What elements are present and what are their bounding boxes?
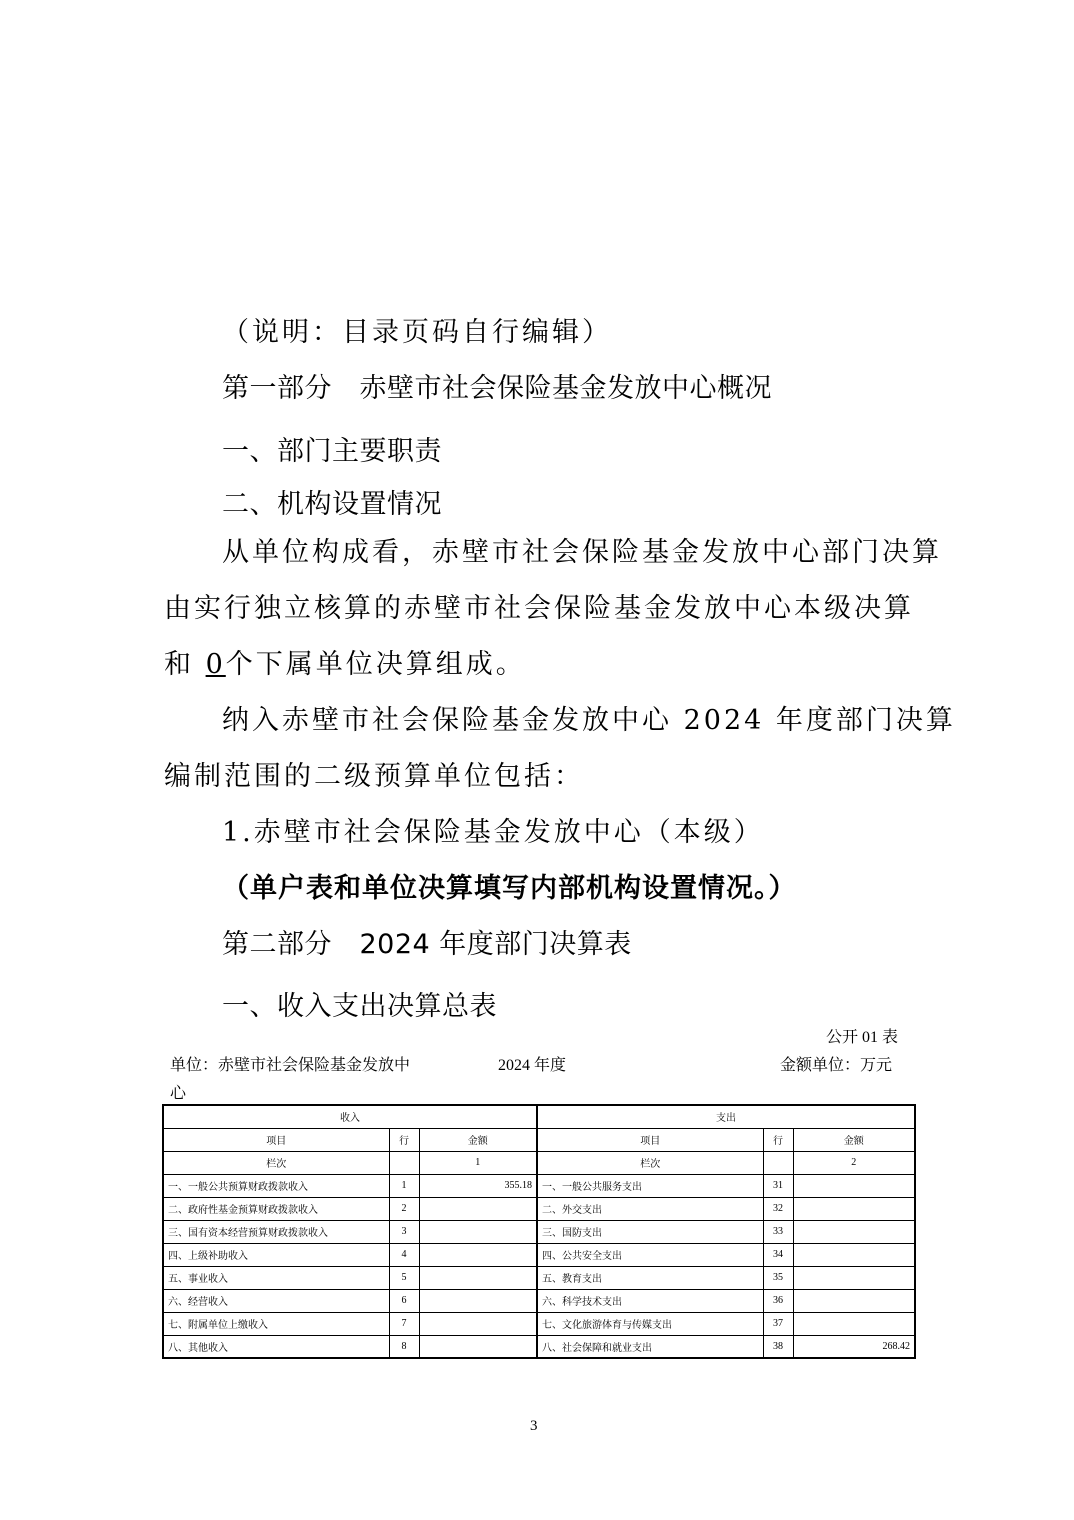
expense-amount xyxy=(793,1243,915,1266)
income-item: 四、上级补助收入 xyxy=(163,1243,389,1266)
income-row-no: 8 xyxy=(389,1335,419,1358)
expense-row-no: 31 xyxy=(763,1174,793,1197)
expense-row-no: 38 xyxy=(763,1335,793,1358)
expense-col-row: 行 xyxy=(763,1128,793,1151)
table-row: 四、上级补助收入 4 四、公共安全支出 34 xyxy=(163,1243,915,1266)
unit-label: 单位：赤壁市社会保险基金发放中 xyxy=(170,1052,410,1075)
income-row-no: 5 xyxy=(389,1266,419,1289)
expense-row-no: 32 xyxy=(763,1197,793,1220)
income-amount xyxy=(419,1197,537,1220)
expense-item: 二、外交支出 xyxy=(537,1197,763,1220)
expense-index-value: 2 xyxy=(793,1151,915,1174)
para1-line3-prefix: 和 xyxy=(164,649,194,680)
subordinate-unit-count: 0 xyxy=(206,649,226,680)
income-row-no: 2 xyxy=(389,1197,419,1220)
income-item: 三、国有资本经营预算财政拨款收入 xyxy=(163,1220,389,1243)
income-amount: 355.18 xyxy=(419,1174,537,1197)
expense-amount xyxy=(793,1289,915,1312)
table-section-title: 一、收入支出决算总表 xyxy=(222,984,497,1023)
section-responsibilities: 一、部门主要职责 xyxy=(222,429,442,468)
income-row-no: 7 xyxy=(389,1312,419,1335)
table-row: 八、其他收入 8 八、社会保障和就业支出 38 268.42 xyxy=(163,1335,915,1358)
income-index-label: 栏次 xyxy=(163,1151,389,1174)
expense-col-item: 项目 xyxy=(537,1128,763,1151)
income-col-row: 行 xyxy=(389,1128,419,1151)
form-number: 公开 01 表 xyxy=(826,1024,898,1047)
income-amount xyxy=(419,1220,537,1243)
toc-note: （说明：目录页码自行编辑） xyxy=(222,310,612,349)
table-row: 六、经营收入 6 六、科学技术支出 36 xyxy=(163,1289,915,1312)
expense-amount xyxy=(793,1312,915,1335)
unit-list-item-1: 1.赤壁市社会保险基金发放中心（本级） xyxy=(222,810,764,849)
expense-row-no: 37 xyxy=(763,1312,793,1335)
income-row-no: 3 xyxy=(389,1220,419,1243)
income-item: 五、事业收入 xyxy=(163,1266,389,1289)
income-index-row xyxy=(389,1151,419,1174)
table-row: 二、政府性基金预算财政拨款收入 2 二、外交支出 32 xyxy=(163,1197,915,1220)
expense-item: 一、一般公共服务支出 xyxy=(537,1174,763,1197)
income-row-no: 4 xyxy=(389,1243,419,1266)
expense-amount xyxy=(793,1220,915,1243)
table-group-header-row: 收入 支出 xyxy=(163,1105,915,1128)
expense-item: 六、科学技术支出 xyxy=(537,1289,763,1312)
income-item: 一、一般公共预算财政拨款收入 xyxy=(163,1174,389,1197)
income-expense-table: 收入 支出 项目 行 金额 项目 行 金额 栏次 1 栏次 2 一、一般公共预算… xyxy=(162,1104,916,1359)
income-amount xyxy=(419,1312,537,1335)
para2-line1: 纳入赤壁市社会保险基金发放中心 2024 年度部门决算 xyxy=(222,698,956,737)
expense-row-no: 35 xyxy=(763,1266,793,1289)
expense-item: 四、公共安全支出 xyxy=(537,1243,763,1266)
income-amount xyxy=(419,1335,537,1358)
expense-item: 八、社会保障和就业支出 xyxy=(537,1335,763,1358)
income-row-no: 1 xyxy=(389,1174,419,1197)
income-col-amount: 金额 xyxy=(419,1128,537,1151)
para1-line3-suffix: 个下属单位决算组成。 xyxy=(226,649,526,680)
income-amount xyxy=(419,1289,537,1312)
expense-col-amount: 金额 xyxy=(793,1128,915,1151)
expense-row-no: 36 xyxy=(763,1289,793,1312)
internal-structure-note: （单户表和单位决算填写内部机构设置情况。） xyxy=(222,866,797,905)
part2-title: 第二部分 2024 年度部门决算表 xyxy=(222,922,632,961)
table-row: 五、事业收入 5 五、教育支出 35 xyxy=(163,1266,915,1289)
income-amount xyxy=(419,1243,537,1266)
income-item: 七、附属单位上缴收入 xyxy=(163,1312,389,1335)
income-item: 六、经营收入 xyxy=(163,1289,389,1312)
table-column-header-row: 项目 行 金额 项目 行 金额 xyxy=(163,1128,915,1151)
income-index-value: 1 xyxy=(419,1151,537,1174)
para1-line3: 和 0个下属单位决算组成。 xyxy=(164,642,526,681)
currency-unit: 金额单位：万元 xyxy=(780,1052,892,1075)
expense-amount xyxy=(793,1197,915,1220)
table-row: 一、一般公共预算财政拨款收入 1 355.18 一、一般公共服务支出 31 xyxy=(163,1174,915,1197)
unit-label-wrap: 心 xyxy=(170,1080,186,1103)
expense-header: 支出 xyxy=(537,1105,915,1128)
income-item: 八、其他收入 xyxy=(163,1335,389,1358)
section-organization: 二、机构设置情况 xyxy=(222,482,442,521)
fiscal-year: 2024 年度 xyxy=(498,1052,566,1075)
table-index-row: 栏次 1 栏次 2 xyxy=(163,1151,915,1174)
income-header: 收入 xyxy=(163,1105,537,1128)
income-item: 二、政府性基金预算财政拨款收入 xyxy=(163,1197,389,1220)
table-row: 七、附属单位上缴收入 7 七、文化旅游体育与传媒支出 37 xyxy=(163,1312,915,1335)
income-row-no: 6 xyxy=(389,1289,419,1312)
expense-amount xyxy=(793,1174,915,1197)
expense-item: 三、国防支出 xyxy=(537,1220,763,1243)
document-page: （说明：目录页码自行编辑） 第一部分 赤壁市社会保险基金发放中心概况 一、部门主… xyxy=(0,0,1074,1520)
para1-line2: 由实行独立核算的赤壁市社会保险基金发放中心本级决算 xyxy=(164,586,914,625)
table-row: 三、国有资本经营预算财政拨款收入 3 三、国防支出 33 xyxy=(163,1220,915,1243)
part1-title: 第一部分 赤壁市社会保险基金发放中心概况 xyxy=(222,366,772,405)
page-number: 3 xyxy=(530,1418,538,1435)
expense-amount: 268.42 xyxy=(793,1335,915,1358)
expense-index-row xyxy=(763,1151,793,1174)
expense-item: 七、文化旅游体育与传媒支出 xyxy=(537,1312,763,1335)
expense-index-label: 栏次 xyxy=(537,1151,763,1174)
para1-line1: 从单位构成看，赤壁市社会保险基金发放中心部门决算 xyxy=(222,530,942,569)
income-col-item: 项目 xyxy=(163,1128,389,1151)
expense-row-no: 33 xyxy=(763,1220,793,1243)
expense-amount xyxy=(793,1266,915,1289)
para2-line2: 编制范围的二级预算单位包括： xyxy=(164,754,584,793)
income-amount xyxy=(419,1266,537,1289)
expense-item: 五、教育支出 xyxy=(537,1266,763,1289)
expense-row-no: 34 xyxy=(763,1243,793,1266)
